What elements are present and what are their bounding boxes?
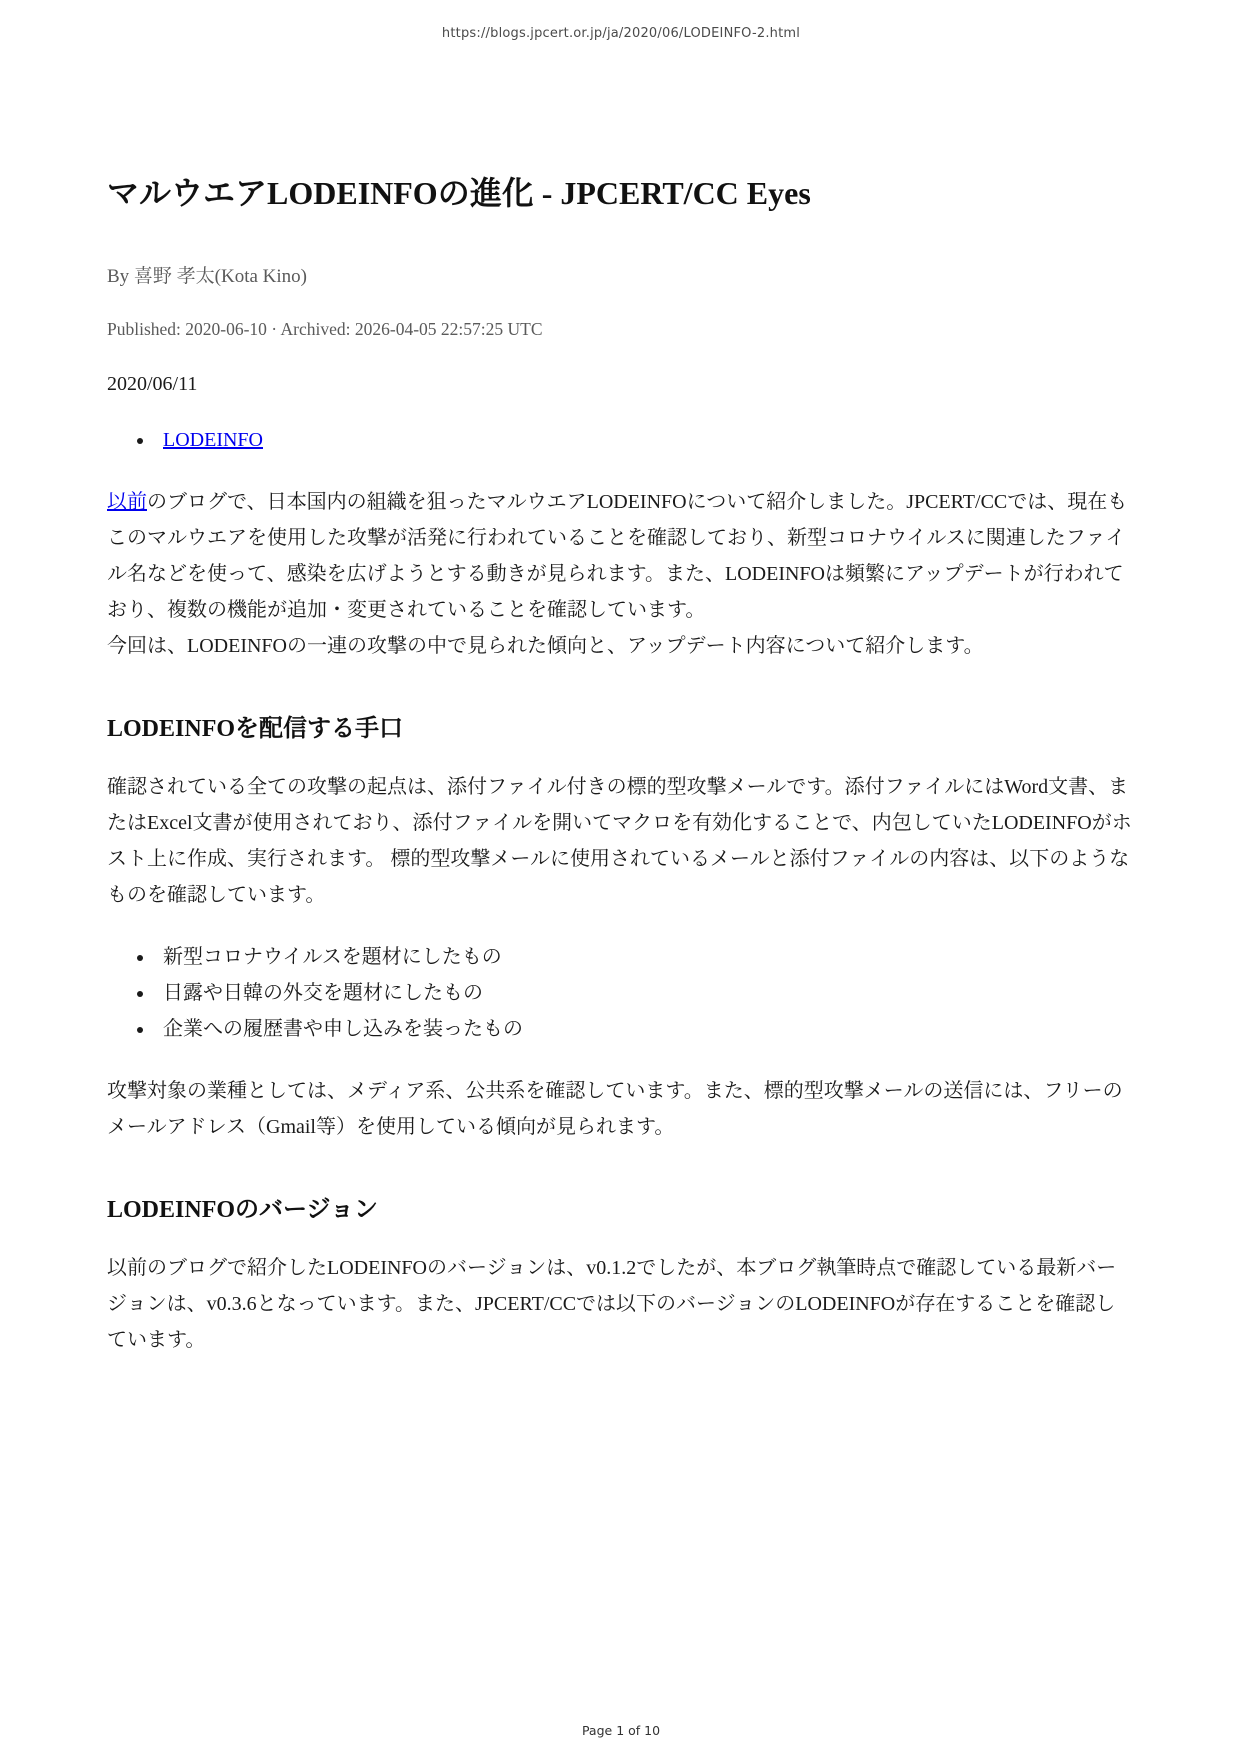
intro-text-line2: 今回は、LODEINFOの一連の攻撃の中で見られた傾向と、アップデート内容につい… xyxy=(107,635,984,657)
article-content: マルウエアLODEINFOの進化 - JPCERT/CC Eyes By 喜野 … xyxy=(0,173,1242,1358)
list-item: 企業への履歴書や申し込みを装ったもの xyxy=(155,1011,1135,1047)
print-url-header: https://blogs.jpcert.or.jp/ja/2020/06/LO… xyxy=(0,26,1242,41)
delivery-paragraph-2: 攻撃対象の業種としては、メディア系、公共系を確認しています。また、標的型攻撃メー… xyxy=(107,1073,1135,1145)
delivery-paragraph-1: 確認されている全ての攻撃の起点は、添付ファイル付きの標的型攻撃メールです。添付フ… xyxy=(107,769,1135,913)
published-archived-line: Published: 2020-06-10 · Archived: 2026-0… xyxy=(107,319,1135,340)
section-heading-delivery: LODEINFOを配信する手口 xyxy=(107,708,1135,743)
toc-item: LODEINFO xyxy=(155,422,1135,458)
list-item: 日露や日韓の外交を題材にしたもの xyxy=(155,975,1135,1011)
author-byline: By 喜野 孝太(Kota Kino) xyxy=(107,261,1135,288)
intro-paragraph: 以前のブログで、日本国内の組織を狙ったマルウエアLODEINFOについて紹介しま… xyxy=(107,484,1135,664)
toc-list: LODEINFO xyxy=(107,422,1135,458)
section-heading-version: LODEINFOのバージョン xyxy=(107,1189,1135,1224)
intro-text: のブログで、日本国内の組織を狙ったマルウエアLODEINFOについて紹介しました… xyxy=(107,491,1127,621)
list-item: 新型コロナウイルスを題材にしたもの xyxy=(155,939,1135,975)
page-title: マルウエアLODEINFOの進化 - JPCERT/CC Eyes xyxy=(107,173,1135,213)
printed-page: https://blogs.jpcert.or.jp/ja/2020/06/LO… xyxy=(0,0,1242,1756)
version-paragraph-1: 以前のブログで紹介したLODEINFOのバージョンは、v0.1.2でしたが、本ブ… xyxy=(107,1250,1135,1358)
page-number-footer: Page 1 of 10 xyxy=(0,1723,1242,1738)
post-date: 2020/06/11 xyxy=(107,373,1135,396)
delivery-bullet-list: 新型コロナウイルスを題材にしたもの 日露や日韓の外交を題材にしたもの 企業への履… xyxy=(107,939,1135,1047)
previous-blog-link[interactable]: 以前 xyxy=(107,491,147,513)
toc-link-lodeinfo[interactable]: LODEINFO xyxy=(163,429,263,451)
